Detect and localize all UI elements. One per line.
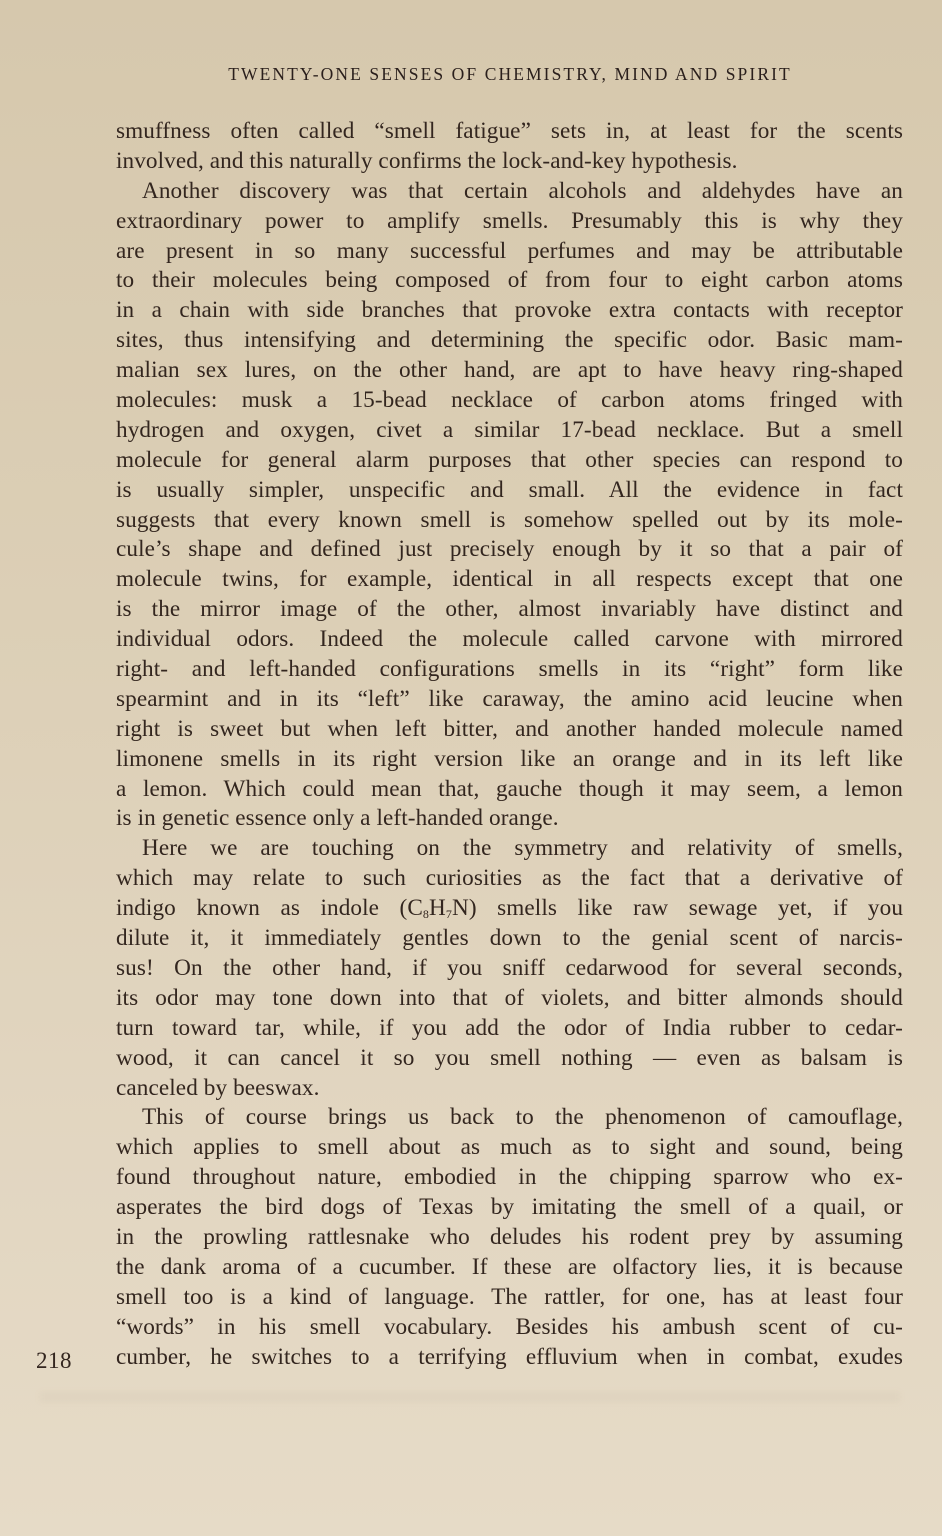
text-line-content: which applies to smell about as much as …: [116, 1133, 903, 1163]
text-line-content: malian sex lures, on the other hand, are…: [116, 356, 903, 386]
text-line: involved, and this naturally confirms th…: [116, 147, 903, 177]
text-line-content: its odor may tone down into that of viol…: [116, 984, 903, 1014]
text-line-content: to their molecules being composed of fro…: [116, 266, 903, 296]
text-line: molecule for general alarm purposes that…: [116, 446, 903, 476]
text-line-content: canceled by beeswax.: [116, 1074, 903, 1104]
text-line-content: sites, thus intensifying and determining…: [116, 326, 903, 356]
bleed-through-text: [40, 1392, 900, 1402]
text-line-content: a lemon. Which could mean that, gauche t…: [116, 775, 903, 805]
book-page: TWENTY-ONE SENSES OF CHEMISTRY, MIND AND…: [0, 0, 942, 1536]
text-line: which applies to smell about as much as …: [116, 1133, 903, 1163]
text-line: “words” in his smell vocabulary. Besides…: [116, 1313, 903, 1343]
text-line-content: is in genetic essence only a left-handed…: [116, 804, 903, 834]
subscript: 7: [446, 907, 452, 921]
text-line-content: molecule twins, for example, identical i…: [116, 565, 903, 595]
text-line-content: individual odors. Indeed the molecule ca…: [116, 625, 903, 655]
text-line: molecules: musk a 15-bead necklace of ca…: [116, 386, 903, 416]
subscript: 8: [423, 907, 429, 921]
text-line-content: dilute it, it immediately gentles down t…: [116, 924, 903, 954]
text-line: This of course brings us back to the phe…: [116, 1103, 903, 1133]
text-line-content: in the prowling rattlesnake who deludes …: [116, 1223, 903, 1253]
text-line-content: is the mirror image of the other, almost…: [116, 595, 903, 625]
text-line: in the prowling rattlesnake who deludes …: [116, 1223, 903, 1253]
text-line-content: asperates the bird dogs of Texas by imit…: [116, 1193, 903, 1223]
text-line: right- and left-handed configurations sm…: [116, 655, 903, 685]
text-line-content: are present in so many successful perfum…: [116, 237, 903, 267]
page-number: 218: [36, 1348, 72, 1374]
text-line: are present in so many successful perfum…: [116, 237, 903, 267]
text-line: to their molecules being composed of fro…: [116, 266, 903, 296]
text-line: wood, it can cancel it so you smell noth…: [116, 1044, 903, 1074]
text-line: right is sweet but when left bitter, and…: [116, 715, 903, 745]
text-line: molecule twins, for example, identical i…: [116, 565, 903, 595]
text-line-content: right is sweet but when left bitter, and…: [116, 715, 903, 745]
text-line-content: in a chain with side branches that provo…: [116, 296, 903, 326]
text-line: Here we are touching on the symmetry and…: [116, 834, 903, 864]
text-line: smell too is a kind of language. The rat…: [116, 1283, 903, 1313]
text-line-content: Another discovery was that certain alcoh…: [116, 177, 903, 207]
text-line: smuffness often called “smell fatigue” s…: [116, 117, 903, 147]
text-line: cumber, he switches to a terrifying effl…: [116, 1343, 903, 1373]
text-line: Another discovery was that certain alcoh…: [116, 177, 903, 207]
running-head: TWENTY-ONE SENSES OF CHEMISTRY, MIND AND…: [150, 64, 870, 85]
text-line: extraordinary power to amplify smells. P…: [116, 207, 903, 237]
text-line-content: wood, it can cancel it so you smell noth…: [116, 1044, 903, 1074]
text-line-content: This of course brings us back to the phe…: [116, 1103, 903, 1133]
text-line: individual odors. Indeed the molecule ca…: [116, 625, 903, 655]
body-text: smuffness often called “smell fatigue” s…: [116, 117, 903, 1372]
text-line-content: smuffness often called “smell fatigue” s…: [116, 117, 903, 147]
text-line-content: cule’s shape and defined just precisely …: [116, 535, 903, 565]
text-line-content: the dank aroma of a cucumber. If these a…: [116, 1253, 903, 1283]
text-line-content: cumber, he switches to a terrifying effl…: [116, 1343, 903, 1373]
text-line: limonene smells in its right version lik…: [116, 745, 903, 775]
text-line-content: turn toward tar, while, if you add the o…: [116, 1014, 903, 1044]
text-line: found throughout nature, embodied in the…: [116, 1163, 903, 1193]
text-line-content: molecules: musk a 15-bead necklace of ca…: [116, 386, 903, 416]
text-line-content: involved, and this naturally confirms th…: [116, 147, 903, 177]
text-line-content: suggests that every known smell is someh…: [116, 506, 903, 536]
text-line: a lemon. Which could mean that, gauche t…: [116, 775, 903, 805]
text-line: dilute it, it immediately gentles down t…: [116, 924, 903, 954]
text-line: sites, thus intensifying and determining…: [116, 326, 903, 356]
text-line-content: sus! On the other hand, if you sniff ced…: [116, 954, 903, 984]
text-line: the dank aroma of a cucumber. If these a…: [116, 1253, 903, 1283]
text-line-content: found throughout nature, embodied in the…: [116, 1163, 903, 1193]
text-line: hydrogen and oxygen, civet a similar 17-…: [116, 416, 903, 446]
text-line-content: right- and left-handed configurations sm…: [116, 655, 903, 685]
text-line-content: molecule for general alarm purposes that…: [116, 446, 903, 476]
text-line-content: which may relate to such curiosities as …: [116, 864, 903, 894]
text-line: is usually simpler, unspecific and small…: [116, 476, 903, 506]
text-line: its odor may tone down into that of viol…: [116, 984, 903, 1014]
text-line-content: spearmint and in its “left” like caraway…: [116, 685, 903, 715]
text-line-content: limonene smells in its right version lik…: [116, 745, 903, 775]
text-line: malian sex lures, on the other hand, are…: [116, 356, 903, 386]
text-line: spearmint and in its “left” like caraway…: [116, 685, 903, 715]
text-line-content: is usually simpler, unspecific and small…: [116, 476, 903, 506]
text-line: which may relate to such curiosities as …: [116, 864, 903, 894]
text-line-content: extraordinary power to amplify smells. P…: [116, 207, 903, 237]
text-line: cule’s shape and defined just precisely …: [116, 535, 903, 565]
text-line: is in genetic essence only a left-handed…: [116, 804, 903, 834]
text-line: is the mirror image of the other, almost…: [116, 595, 903, 625]
text-line-content: indigo known as indole (C8H7N) smells li…: [116, 894, 903, 924]
text-line: asperates the bird dogs of Texas by imit…: [116, 1193, 903, 1223]
text-line: turn toward tar, while, if you add the o…: [116, 1014, 903, 1044]
text-line: suggests that every known smell is someh…: [116, 506, 903, 536]
text-line-content: Here we are touching on the symmetry and…: [116, 834, 903, 864]
text-line-content: hydrogen and oxygen, civet a similar 17-…: [116, 416, 903, 446]
text-line: sus! On the other hand, if you sniff ced…: [116, 954, 903, 984]
text-line: in a chain with side branches that provo…: [116, 296, 903, 326]
text-line-content: smell too is a kind of language. The rat…: [116, 1283, 903, 1313]
text-line: indigo known as indole (C8H7N) smells li…: [116, 894, 903, 924]
text-line: canceled by beeswax.: [116, 1074, 903, 1104]
text-line-content: “words” in his smell vocabulary. Besides…: [116, 1313, 903, 1343]
